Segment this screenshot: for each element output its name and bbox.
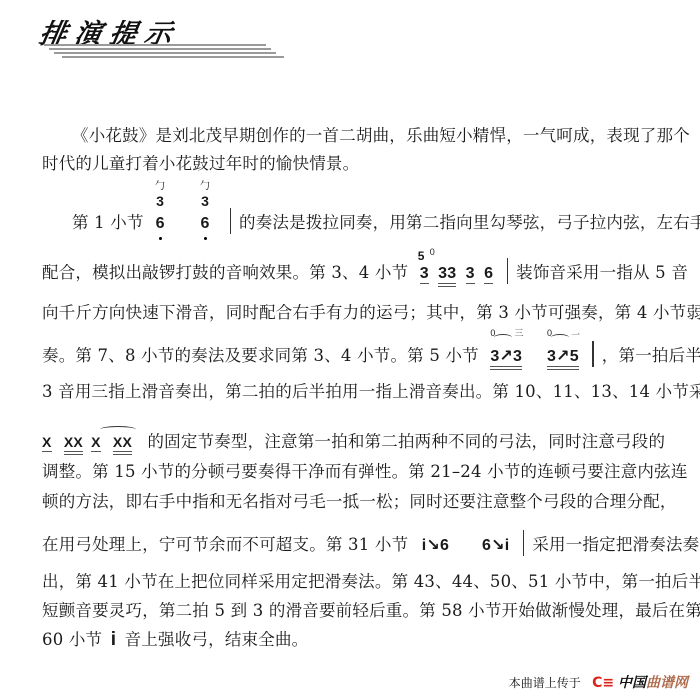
footer-label: 本曲谱上传于 [509,676,581,690]
bar-line [592,341,594,367]
notation-high-do: i [111,629,116,651]
bar-line [523,530,525,556]
text-fragment: 第 1 小节 [72,213,144,232]
text-line: 短颤音要灵巧，第二拍 5 到 3 的滑音要前轻后重。第 58 小节开始做渐慢处理… [42,597,700,621]
text-line: 第 1 小节 勹 3 6 勹 3 6 的奏法是拨拉同奏，用第二指向里勾琴弦，弓子… [72,208,700,234]
text-line: 出，第 41 小节在上把位同样采用定把滑奏法。第 43、44、50、51 小节中… [42,568,700,592]
text-fragment: 配合，模拟出敲锣打鼓的音响效果。第 3、4 小节 [42,263,408,282]
text-fragment: 的固定节奏型，注意第一拍和第二拍两种不同的弓法，同时注意弓段的 [147,432,665,451]
notation-rhythm: X XX X XX [42,434,132,450]
text-fragment: 在用弓处理上，宁可节余而不可超支。第 31 小节 [42,535,408,554]
text-line: X XX X XX 的固定节奏型，注意第一拍和第二拍两种不同的弓法，同时注意弓段… [42,428,665,452]
text-line: 《小花鼓》是刘北茂早期创作的一首二胡曲，乐曲短小精悍，一气呵成，表现了那个 [72,122,690,146]
text-fragment: 采用一指定把滑奏法奏 [532,535,699,554]
text-line: 配合，模拟出敲锣打鼓的音响效果。第 3、4 小节 5 0 3 33 3 6 装饰… [42,258,688,284]
text-line: 向千斤方向快速下滑音，同时配合右手有力的运弓；其中，第 3 小节可强奏，第 4 … [42,299,700,323]
site-logo-text: 中国 [618,675,646,691]
notation-m1-note: 勹 3 6 [194,215,216,233]
text-line: 在用弓处理上，宁可节余而不可超支。第 31 小节 i↘6 6↘i 采用一指定把滑… [42,530,699,556]
text-line: 奏。第 7、8 小节的奏法及要求同第 3、4 小节。第 5 小节 0 三 3↗3… [42,341,700,367]
text-line: 3 音用三指上滑音奏出，第二拍的后半拍用一指上滑音奏出。第 10、11、13、1… [42,378,700,402]
title-rule [44,44,266,46]
notation-m5-beat1: 0 三 3↗3 [490,346,522,366]
notation-m31-beat2: 6↘i [482,535,509,555]
title-rule [54,52,276,54]
text-fragment: ，第一拍后半拍的 [602,346,700,365]
bar-line [507,258,509,284]
site-logo-icon: C≡ [592,675,614,691]
title-rule [49,48,271,50]
notation-m5-beat2: 0 一 3↗5 [547,346,579,366]
text-fragment: 奏。第 7、8 小节的奏法及要求同第 3、4 小节。第 5 小节 [42,346,479,365]
text-fragment: 音上强收弓，结束全曲。 [125,630,309,649]
text-line: 顿的方法，即右手中指和无名指对弓毛一抵一松；同时还要注意整个弓段的合理分配， [42,488,677,512]
text-fragment: 的奏法是拨拉同奏，用第二指向里勾琴弦，弓子拉内弦，左右手 [239,213,700,232]
site-logo-text-accent: 曲谱网 [646,675,688,691]
title-rule [62,56,284,58]
text-line: 调整。第 15 小节的分顿弓要奏得干净而有弹性。第 21–24 小节的连顿弓要注… [42,458,688,482]
text-line: 60 小节 i 音上强收弓，结束全曲。 [42,626,308,651]
notation-m31-beat1: i↘6 [422,535,449,555]
footer-watermark: 本曲谱上传于 C≡ 中国曲谱网 [509,672,688,692]
bar-line [230,208,232,234]
notation-m34: 5 0 3 33 3 6 [420,265,493,283]
notation-m1-note: 勹 3 6 [149,215,171,233]
text-fragment: 60 小节 [42,630,102,649]
text-line: 时代的儿童打着小花鼓过年时的愉快情景。 [42,150,359,174]
text-fragment: 装饰音采用一指从 5 音 [516,263,688,282]
